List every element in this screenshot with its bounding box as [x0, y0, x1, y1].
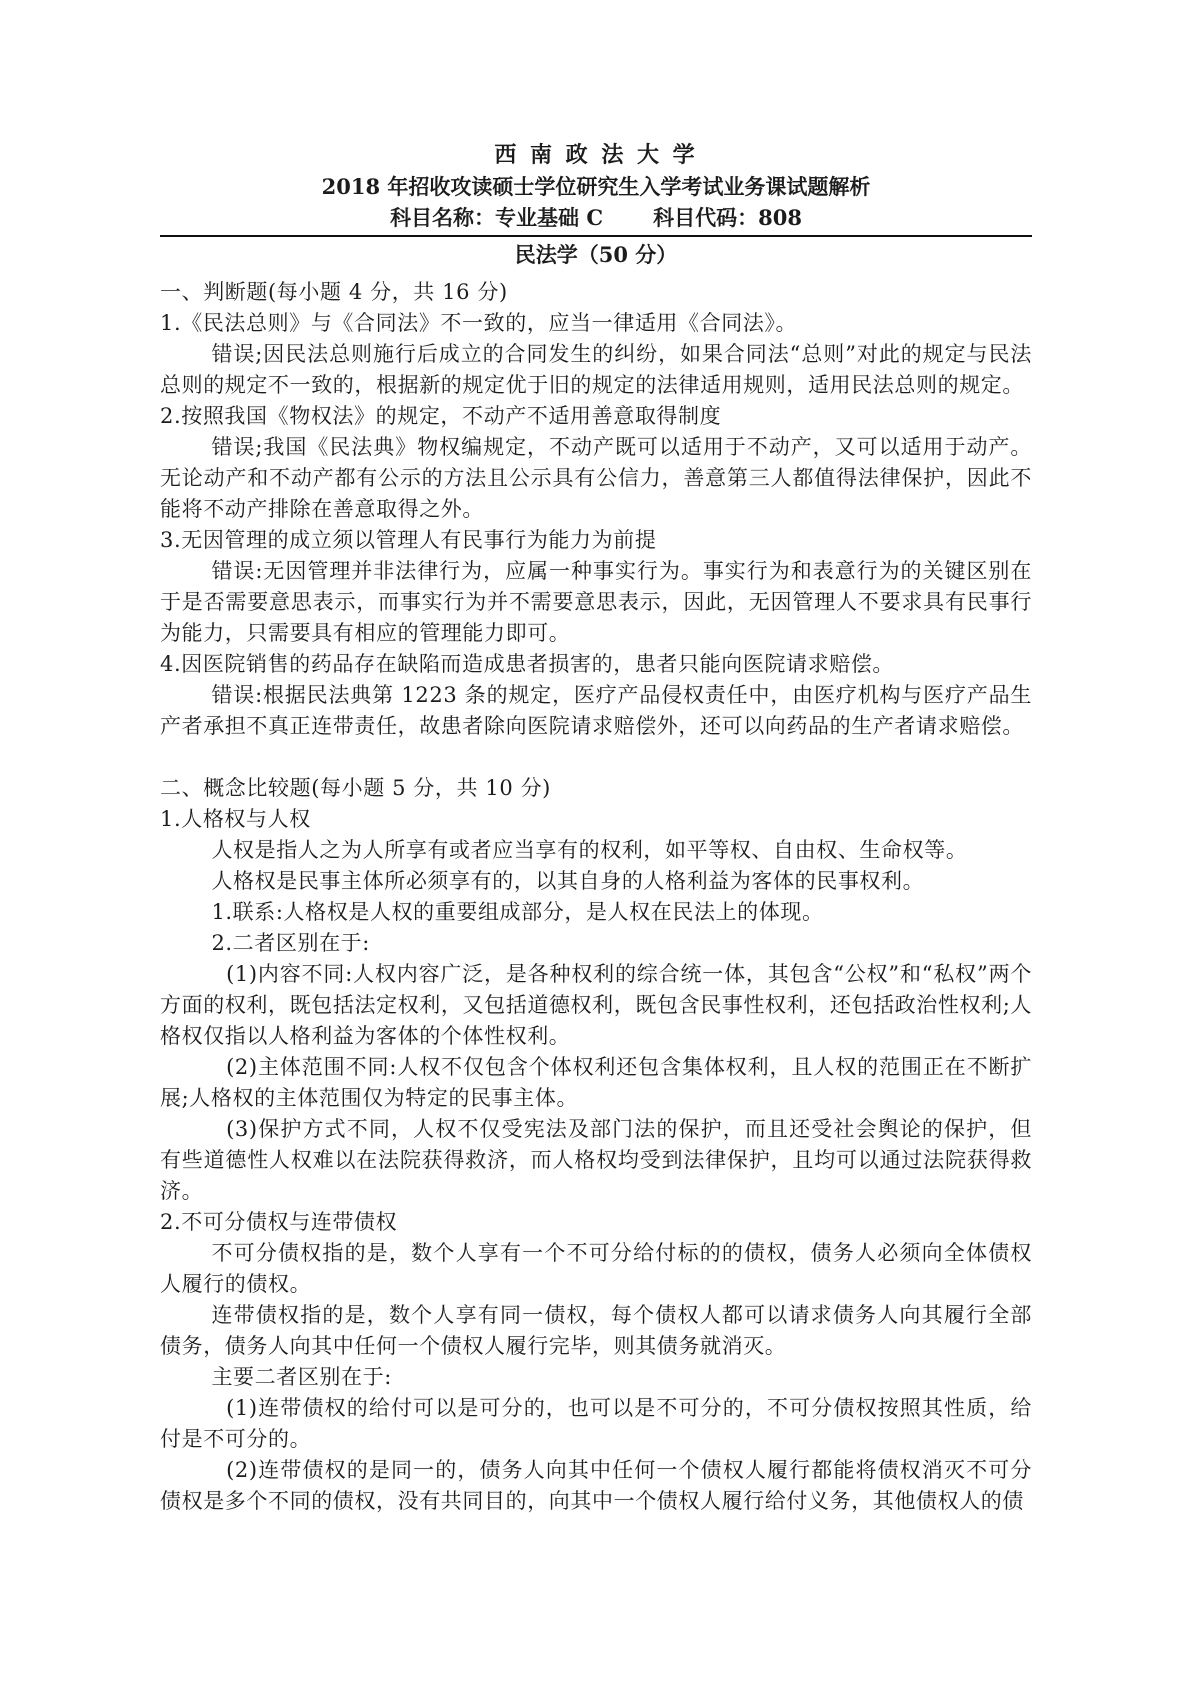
answer-1: 错误;因民法总则施行后成立的合同发生的纠纷，如果合同法“总则”对此的规定与民法总…: [160, 339, 1032, 401]
compare-1-def-rengequan: 人格权是民事主体所必须享有的，以其自身的人格利益为客体的民事权利。: [160, 866, 1032, 897]
section-2-heading: 二、概念比较题(每小题 5 分，共 10 分): [160, 773, 1032, 804]
question-1: 1.《民法总则》与《合同法》不一致的，应当一律适用《合同法》。: [160, 308, 1032, 339]
university-name: 西 南 政 法 大 学: [160, 140, 1032, 171]
compare-2-def-liandai: 连带债权指的是，数个人享有同一债权，每个债权人都可以请求债务人向其履行全部债务，…: [160, 1300, 1032, 1362]
document-body: 一、判断题(每小题 4 分，共 16 分)1.《民法总则》与《合同法》不一致的，…: [160, 277, 1032, 1517]
compare-1-diff-2: (2)主体范围不同:人权不仅包含个体权利还包含集体权利，且人权的范围正在不断扩展…: [160, 1052, 1032, 1114]
compare-1-link: 1.联系:人格权是人权的重要组成部分，是人权在民法上的体现。: [160, 897, 1032, 928]
subject-name: 科目名称：专业基础 C: [390, 202, 603, 233]
header-divider: [160, 235, 1032, 237]
compare-2-diff-intro: 主要二者区别在于:: [160, 1362, 1032, 1393]
subject-code: 科目代码：808: [653, 202, 802, 233]
answer-4: 错误:根据民法典第 1223 条的规定，医疗产品侵权责任中，由医疗机构与医疗产品…: [160, 680, 1032, 742]
compare-2-diff-2: (2)连带债权的是同一的，债务人向其中任何一个债权人履行都能将债权消灭不可分债权…: [160, 1455, 1032, 1517]
document-page: 西 南 政 法 大 学 2018 年招收攻读硕士学位研究生入学考试业务课试题解析…: [0, 0, 1190, 1683]
subject-line: 科目名称：专业基础 C 科目代码：808: [160, 202, 1032, 233]
compare-1-title: 1.人格权与人权: [160, 804, 1032, 835]
answer-3: 错误:无因管理并非法律行为，应属一种事实行为。事实行为和表意行为的关键区别在于是…: [160, 556, 1032, 649]
compare-1-diff-1: (1)内容不同:人权内容广泛，是各种权利的综合统一体，其包含“公权”和“私权”两…: [160, 959, 1032, 1052]
answer-2: 错误;我国《民法典》物权编规定，不动产既可以适用于不动产，又可以适用于动产。无论…: [160, 432, 1032, 525]
compare-1-def-renquan: 人权是指人之为人所享有或者应当享有的权利，如平等权、自由权、生命权等。: [160, 835, 1032, 866]
compare-1-diff-3: (3)保护方式不同，人权不仅受宪法及部门法的保护，而且还受社会舆论的保护，但有些…: [160, 1114, 1032, 1207]
document-title: 2018 年招收攻读硕士学位研究生入学考试业务课试题解析: [160, 171, 1032, 202]
compare-1-diff-intro: 2.二者区别在于:: [160, 928, 1032, 959]
question-4: 4.因医院销售的药品存在缺陷而造成患者损害的，患者只能向医院请求赔偿。: [160, 649, 1032, 680]
section-title: 民法学（50 分）: [160, 239, 1032, 270]
compare-2-title: 2.不可分债权与连带债权: [160, 1207, 1032, 1238]
question-3: 3.无因管理的成立须以管理人有民事行为能力为前提: [160, 525, 1032, 556]
blank-line: [160, 742, 1032, 773]
section-1-heading: 一、判断题(每小题 4 分，共 16 分): [160, 277, 1032, 308]
compare-2-def-bukefen: 不可分债权指的是，数个人享有一个不可分给付标的的债权，债务人必须向全体债权人履行…: [160, 1238, 1032, 1300]
compare-2-diff-1: (1)连带债权的给付可以是可分的，也可以是不可分的，不可分债权按照其性质，给付是…: [160, 1393, 1032, 1455]
question-2: 2.按照我国《物权法》的规定，不动产不适用善意取得制度: [160, 401, 1032, 432]
document-header: 西 南 政 法 大 学 2018 年招收攻读硕士学位研究生入学考试业务课试题解析…: [160, 140, 1032, 270]
